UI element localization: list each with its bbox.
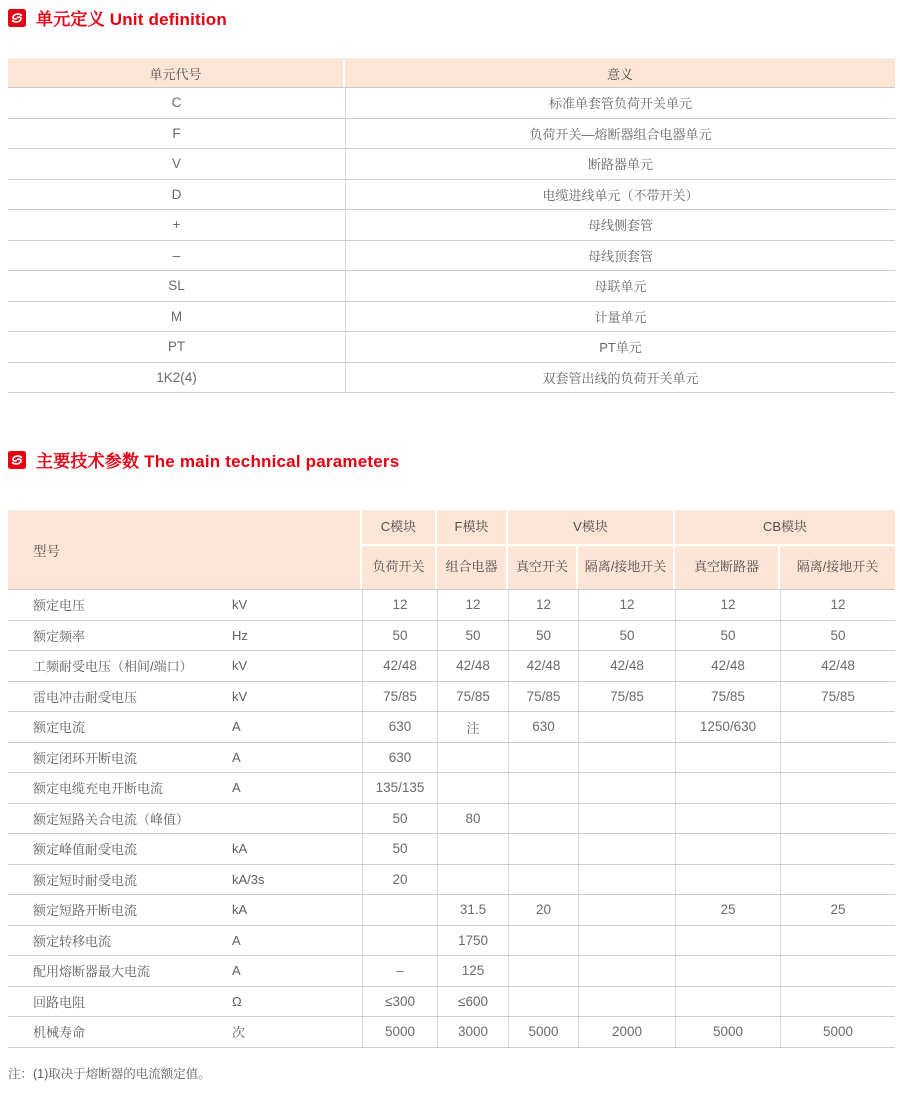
table-row: 雷电冲击耐受电压 kV 75/85 75/85 75/85 75/85 75/8… <box>8 682 895 713</box>
value-cell-cb-isolating <box>780 987 895 1017</box>
value-cell-f-combined: ≤600 <box>437 987 508 1017</box>
param-cell: 额定短路开断电流 kA <box>8 895 362 925</box>
value-cell-v-isolating: 75/85 <box>578 682 675 712</box>
unit-meaning-cell: 电缆进线单元（不带开关） <box>345 180 895 210</box>
param-name: 额定频率 <box>33 626 85 645</box>
value-cell-v-isolating: 12 <box>578 590 675 620</box>
value-cell-cb-isolating <box>780 956 895 986</box>
value-cell-cb-isolating <box>780 743 895 773</box>
value-cell-v-vacuum-switch <box>508 865 578 895</box>
value-cell-cb-isolating <box>780 773 895 803</box>
table-row: 额定短时耐受电流 kA/3s 20 <box>8 865 895 896</box>
table-row: V 断路器单元 <box>8 149 895 180</box>
param-cell: 额定转移电流 A <box>8 926 362 956</box>
unit-meaning-cell: 母联单元 <box>345 271 895 301</box>
table-row: 额定电缆充电开断电流 A 135/135 <box>8 773 895 804</box>
column-header-vacuum-switch: 真空开关 <box>508 546 578 589</box>
table-row: F 负荷开关—熔断器组合电器单元 <box>8 119 895 150</box>
param-unit: A <box>232 719 241 734</box>
value-cell-v-vacuum-switch <box>508 834 578 864</box>
value-cell-cb-vacuum-breaker <box>675 926 780 956</box>
value-cell-v-vacuum-switch <box>508 743 578 773</box>
param-cell: 额定频率 Hz <box>8 621 362 651</box>
table-row: 额定闭环开断电流 A 630 <box>8 743 895 774</box>
param-unit: A <box>232 963 241 978</box>
value-cell-f-combined: 3000 <box>437 1017 508 1047</box>
param-cell: 额定电缆充电开断电流 A <box>8 773 362 803</box>
value-cell-v-isolating <box>578 743 675 773</box>
param-unit: kA/3s <box>232 872 265 887</box>
param-cell: 额定电流 A <box>8 712 362 742</box>
param-name: 雷电冲击耐受电压 <box>33 687 137 706</box>
param-unit: kA <box>232 902 247 917</box>
value-cell-cb-vacuum-breaker: 12 <box>675 590 780 620</box>
section-title-unit-definition: 单元定义 Unit definition <box>8 5 227 30</box>
value-cell-v-vacuum-switch <box>508 804 578 834</box>
value-cell-v-vacuum-switch: 42/48 <box>508 651 578 681</box>
unit-code-cell: – <box>8 241 345 271</box>
value-cell-f-combined: 42/48 <box>437 651 508 681</box>
value-cell-c-load-switch <box>362 926 437 956</box>
value-cell-cb-vacuum-breaker <box>675 987 780 1017</box>
value-cell-f-combined: 50 <box>437 621 508 651</box>
column-group-c-module: C模块 <box>362 511 437 546</box>
value-cell-cb-vacuum-breaker <box>675 804 780 834</box>
unit-definition-table: 单元代号 意义 C 标准单套管负荷开关单元 F 负荷开关—熔断器组合电器单元 V… <box>8 58 895 393</box>
column-header-isolating-earthing-1: 隔离/接地开关 <box>578 546 675 589</box>
value-cell-cb-vacuum-breaker <box>675 834 780 864</box>
value-cell-c-load-switch: 75/85 <box>362 682 437 712</box>
value-cell-c-load-switch: – <box>362 956 437 986</box>
table-row: C 标准单套管负荷开关单元 <box>8 88 895 119</box>
unit-code-cell: C <box>8 88 345 118</box>
value-cell-v-isolating: 42/48 <box>578 651 675 681</box>
value-cell-c-load-switch: 5000 <box>362 1017 437 1047</box>
unit-code-cell: D <box>8 180 345 210</box>
value-cell-f-combined <box>437 773 508 803</box>
value-cell-cb-isolating: 12 <box>780 590 895 620</box>
value-cell-v-vacuum-switch <box>508 926 578 956</box>
value-cell-v-isolating <box>578 956 675 986</box>
param-name: 机械寿命 <box>33 1022 85 1041</box>
unit-meaning-cell: PT单元 <box>345 332 895 362</box>
value-cell-v-isolating: 2000 <box>578 1017 675 1047</box>
value-cell-f-combined: 12 <box>437 590 508 620</box>
value-cell-cb-isolating: 25 <box>780 895 895 925</box>
value-cell-cb-vacuum-breaker: 42/48 <box>675 651 780 681</box>
table-row: 回路电阻 Ω ≤300 ≤600 <box>8 987 895 1018</box>
unit-meaning-cell: 母线顶套管 <box>345 241 895 271</box>
value-cell-cb-isolating <box>780 834 895 864</box>
value-cell-f-combined: 1750 <box>437 926 508 956</box>
table-row: PT PT单元 <box>8 332 895 363</box>
value-cell-c-load-switch: 50 <box>362 804 437 834</box>
section-marker-icon <box>8 451 26 469</box>
unit-meaning-cell: 双套管出线的负荷开关单元 <box>345 363 895 393</box>
column-header-vacuum-breaker: 真空断路器 <box>675 546 780 589</box>
value-cell-v-vacuum-switch: 50 <box>508 621 578 651</box>
value-cell-cb-isolating <box>780 804 895 834</box>
value-cell-c-load-switch: 630 <box>362 712 437 742</box>
technical-parameters-table-header: 型号 C模块 F模块 V模块 CB模块 负荷开关 组合电器 真空开关 隔离/接地… <box>8 510 895 590</box>
unit-code-cell: + <box>8 210 345 240</box>
unit-meaning-cell: 断路器单元 <box>345 149 895 179</box>
column-header-meaning: 意义 <box>345 59 895 87</box>
value-cell-c-load-switch: 42/48 <box>362 651 437 681</box>
param-cell: 额定短路关合电流（峰值） <box>8 804 362 834</box>
value-cell-cb-vacuum-breaker: 25 <box>675 895 780 925</box>
value-cell-f-combined: 125 <box>437 956 508 986</box>
value-cell-v-vacuum-switch <box>508 987 578 1017</box>
value-cell-cb-isolating <box>780 712 895 742</box>
value-cell-cb-vacuum-breaker: 50 <box>675 621 780 651</box>
value-cell-cb-vacuum-breaker <box>675 773 780 803</box>
param-cell: 额定峰值耐受电流 kA <box>8 834 362 864</box>
column-group-f-module: F模块 <box>437 511 508 546</box>
unit-definition-table-header: 单元代号 意义 <box>8 58 895 88</box>
value-cell-v-vacuum-switch: 20 <box>508 895 578 925</box>
param-cell: 回路电阻 Ω <box>8 987 362 1017</box>
table-row: M 计量单元 <box>8 302 895 333</box>
value-cell-v-isolating <box>578 895 675 925</box>
column-header-unit-code: 单元代号 <box>8 59 345 87</box>
unit-code-cell: F <box>8 119 345 149</box>
value-cell-v-vacuum-switch: 12 <box>508 590 578 620</box>
value-cell-f-combined <box>437 743 508 773</box>
table-row: 配用熔断器最大电流 A – 125 <box>8 956 895 987</box>
value-cell-cb-vacuum-breaker <box>675 956 780 986</box>
value-cell-c-load-switch: 12 <box>362 590 437 620</box>
value-cell-c-load-switch: ≤300 <box>362 987 437 1017</box>
param-cell: 额定短时耐受电流 kA/3s <box>8 865 362 895</box>
param-unit: kV <box>232 658 247 673</box>
value-cell-cb-vacuum-breaker <box>675 743 780 773</box>
param-cell: 机械寿命 次 <box>8 1017 362 1047</box>
value-cell-cb-vacuum-breaker: 75/85 <box>675 682 780 712</box>
value-cell-v-vacuum-switch: 75/85 <box>508 682 578 712</box>
table-row: 工频耐受电压（相间/端口） kV 42/48 42/48 42/48 42/48… <box>8 651 895 682</box>
column-header-load-switch: 负荷开关 <box>362 546 437 589</box>
param-name: 额定电压 <box>33 595 85 614</box>
section-marker-icon <box>8 9 26 27</box>
value-cell-v-isolating <box>578 987 675 1017</box>
param-cell: 配用熔断器最大电流 A <box>8 956 362 986</box>
unit-code-cell: PT <box>8 332 345 362</box>
table-row: 额定短路开断电流 kA 31.5 20 25 25 <box>8 895 895 926</box>
param-name: 回路电阻 <box>33 992 85 1011</box>
unit-definition-table-body: C 标准单套管负荷开关单元 F 负荷开关—熔断器组合电器单元 V 断路器单元 D… <box>8 88 895 393</box>
section-title-text: 单元定义 Unit definition <box>36 5 227 30</box>
column-group-v-module: V模块 <box>508 511 675 546</box>
table-row: 额定峰值耐受电流 kA 50 <box>8 834 895 865</box>
param-unit: Ω <box>232 994 242 1009</box>
table-row: 1K2(4) 双套管出线的负荷开关单元 <box>8 363 895 394</box>
value-cell-c-load-switch: 135/135 <box>362 773 437 803</box>
value-cell-c-load-switch: 20 <box>362 865 437 895</box>
column-header-combined-apparatus: 组合电器 <box>437 546 508 589</box>
value-cell-f-combined <box>437 834 508 864</box>
param-name: 配用熔断器最大电流 <box>33 961 150 980</box>
unit-code-cell: 1K2(4) <box>8 363 345 393</box>
footnote: 注：(1)取决于熔断器的电流额定值。 <box>8 1064 211 1082</box>
param-name: 额定电缆充电开断电流 <box>33 778 163 797</box>
value-cell-cb-isolating: 75/85 <box>780 682 895 712</box>
value-cell-v-isolating <box>578 926 675 956</box>
value-cell-cb-isolating: 50 <box>780 621 895 651</box>
value-cell-f-combined: 31.5 <box>437 895 508 925</box>
value-cell-c-load-switch: 630 <box>362 743 437 773</box>
technical-parameters-table: 型号 C模块 F模块 V模块 CB模块 负荷开关 组合电器 真空开关 隔离/接地… <box>8 510 895 1048</box>
table-row: 额定短路关合电流（峰值） 50 80 <box>8 804 895 835</box>
param-unit: kA <box>232 841 247 856</box>
unit-meaning-cell: 母线侧套管 <box>345 210 895 240</box>
value-cell-v-isolating <box>578 712 675 742</box>
param-cell: 工频耐受电压（相间/端口） kV <box>8 651 362 681</box>
value-cell-f-combined: 80 <box>437 804 508 834</box>
param-unit: A <box>232 750 241 765</box>
table-row: SL 母联单元 <box>8 271 895 302</box>
table-row: + 母线侧套管 <box>8 210 895 241</box>
value-cell-v-vacuum-switch: 630 <box>508 712 578 742</box>
table-row: 机械寿命 次 5000 3000 5000 2000 5000 5000 <box>8 1017 895 1048</box>
value-cell-cb-isolating <box>780 865 895 895</box>
param-cell: 额定电压 kV <box>8 590 362 620</box>
value-cell-cb-vacuum-breaker: 1250/630 <box>675 712 780 742</box>
param-unit: A <box>232 933 241 948</box>
value-cell-cb-isolating: 5000 <box>780 1017 895 1047</box>
unit-code-cell: M <box>8 302 345 332</box>
value-cell-cb-isolating <box>780 926 895 956</box>
unit-code-cell: V <box>8 149 345 179</box>
value-cell-cb-vacuum-breaker <box>675 865 780 895</box>
table-row: 额定电流 A 630 注 630 1250/630 <box>8 712 895 743</box>
section-title-text: 主要技术参数 The main technical parameters <box>36 447 399 472</box>
param-name: 额定短路关合电流（峰值） <box>33 809 189 828</box>
technical-parameters-table-body: 额定电压 kV 12 12 12 12 12 12 额定频率 Hz 50 50 <box>8 590 895 1048</box>
value-cell-v-isolating <box>578 804 675 834</box>
param-name: 额定峰值耐受电流 <box>33 839 137 858</box>
section-title-technical-parameters: 主要技术参数 The main technical parameters <box>8 447 399 472</box>
unit-meaning-cell: 计量单元 <box>345 302 895 332</box>
param-unit: Hz <box>232 628 248 643</box>
table-row: 额定电压 kV 12 12 12 12 12 12 <box>8 590 895 621</box>
table-row: – 母线顶套管 <box>8 241 895 272</box>
value-cell-f-combined: 注 <box>437 712 508 742</box>
column-group-cb-module: CB模块 <box>675 511 895 546</box>
table-row: D 电缆进线单元（不带开关） <box>8 180 895 211</box>
catalog-page: 单元定义 Unit definition 单元代号 意义 C 标准单套管负荷开关… <box>0 0 900 1093</box>
param-name: 工频耐受电压（相间/端口） <box>33 656 193 675</box>
value-cell-c-load-switch: 50 <box>362 834 437 864</box>
value-cell-v-vacuum-switch: 5000 <box>508 1017 578 1047</box>
param-name: 额定转移电流 <box>33 931 111 950</box>
table-row: 额定频率 Hz 50 50 50 50 50 50 <box>8 621 895 652</box>
value-cell-f-combined: 75/85 <box>437 682 508 712</box>
value-cell-v-vacuum-switch <box>508 956 578 986</box>
param-name: 额定短时耐受电流 <box>33 870 137 889</box>
unit-meaning-cell: 标准单套管负荷开关单元 <box>345 88 895 118</box>
param-unit: A <box>232 780 241 795</box>
param-unit: kV <box>232 597 247 612</box>
value-cell-f-combined <box>437 865 508 895</box>
unit-meaning-cell: 负荷开关—熔断器组合电器单元 <box>345 119 895 149</box>
value-cell-c-load-switch <box>362 895 437 925</box>
value-cell-v-isolating <box>578 865 675 895</box>
value-cell-v-isolating: 50 <box>578 621 675 651</box>
value-cell-v-isolating <box>578 773 675 803</box>
value-cell-cb-isolating: 42/48 <box>780 651 895 681</box>
param-name: 额定闭环开断电流 <box>33 748 137 767</box>
value-cell-c-load-switch: 50 <box>362 621 437 651</box>
column-header-model: 型号 <box>8 511 362 589</box>
param-unit: 次 <box>232 1022 245 1041</box>
unit-code-cell: SL <box>8 271 345 301</box>
param-cell: 额定闭环开断电流 A <box>8 743 362 773</box>
value-cell-v-vacuum-switch <box>508 773 578 803</box>
param-name: 额定短路开断电流 <box>33 900 137 919</box>
param-unit: kV <box>232 689 247 704</box>
column-header-isolating-earthing-2: 隔离/接地开关 <box>780 546 895 589</box>
value-cell-cb-vacuum-breaker: 5000 <box>675 1017 780 1047</box>
value-cell-v-isolating <box>578 834 675 864</box>
param-name: 额定电流 <box>33 717 85 736</box>
param-cell: 雷电冲击耐受电压 kV <box>8 682 362 712</box>
table-row: 额定转移电流 A 1750 <box>8 926 895 957</box>
